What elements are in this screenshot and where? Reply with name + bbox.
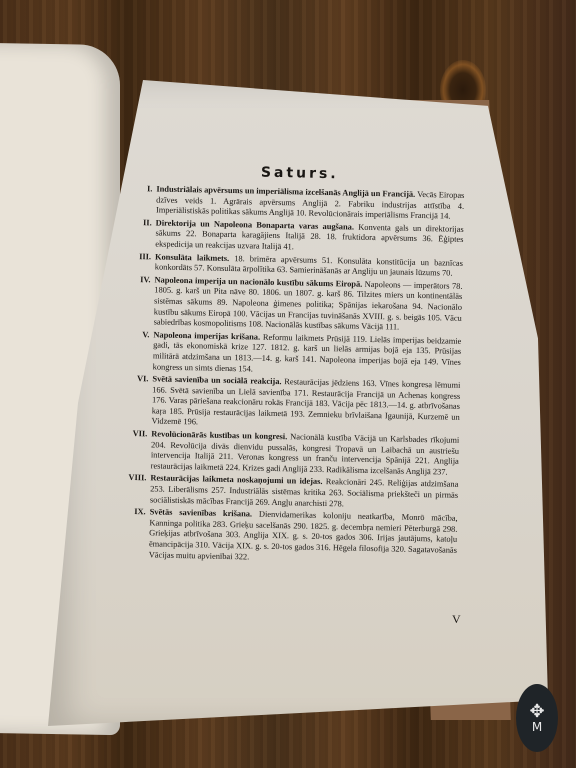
entry-number: IX. [127, 507, 150, 560]
entry-heading: Svētā savienība un sociālā reakcija. [152, 375, 281, 387]
entry-number: V. [131, 330, 154, 373]
folk-star-icon: ✥ [529, 702, 544, 720]
toc-entry: VII. Revolūcionārās kustības un kongresi… [129, 429, 460, 478]
logo-letter: M [532, 720, 542, 734]
toc-entry: I. Industriālais apvērsums un imperiālis… [134, 184, 465, 223]
entry-number: VII. [129, 429, 152, 472]
entry-number: VIII. [128, 473, 151, 505]
page-number: V [452, 612, 461, 627]
toc-entry: IV. Napoleona imperija un nacionālo kust… [132, 275, 463, 335]
entry-heading: Konsulāta laikmets. [155, 252, 229, 263]
entry-number: III. [133, 252, 155, 274]
entry-heading: Svētās savienības krišana. [150, 508, 253, 519]
watermark-logo: ✥ M [516, 684, 558, 752]
table-of-contents: Saturs. I. Industriālais apvērsums un im… [127, 162, 465, 569]
entry-heading: Napoleona imperijas krišana. [153, 330, 260, 341]
entry-number: II. [133, 218, 156, 250]
toc-entry: V. Napoleona imperijas krišana. Reformu … [131, 330, 462, 379]
entry-number: VI. [129, 374, 152, 427]
toc-entry: IX. Svētās savienības krišana. Dienvidam… [127, 507, 458, 567]
toc-entry: VI. Svētā savienība un sociālā reakcija.… [129, 374, 460, 434]
toc-entry: VIII. Restaurācijas laikmeta noskaņojumi… [128, 473, 459, 512]
entry-number: I. [134, 184, 157, 216]
entry-number: IV. [132, 275, 155, 328]
entry-text: Restaurācijas jēdziens 163. Vīnes kongre… [151, 377, 460, 427]
toc-entry: II. Direktorija un Napoleona Bonaparta v… [133, 218, 464, 257]
